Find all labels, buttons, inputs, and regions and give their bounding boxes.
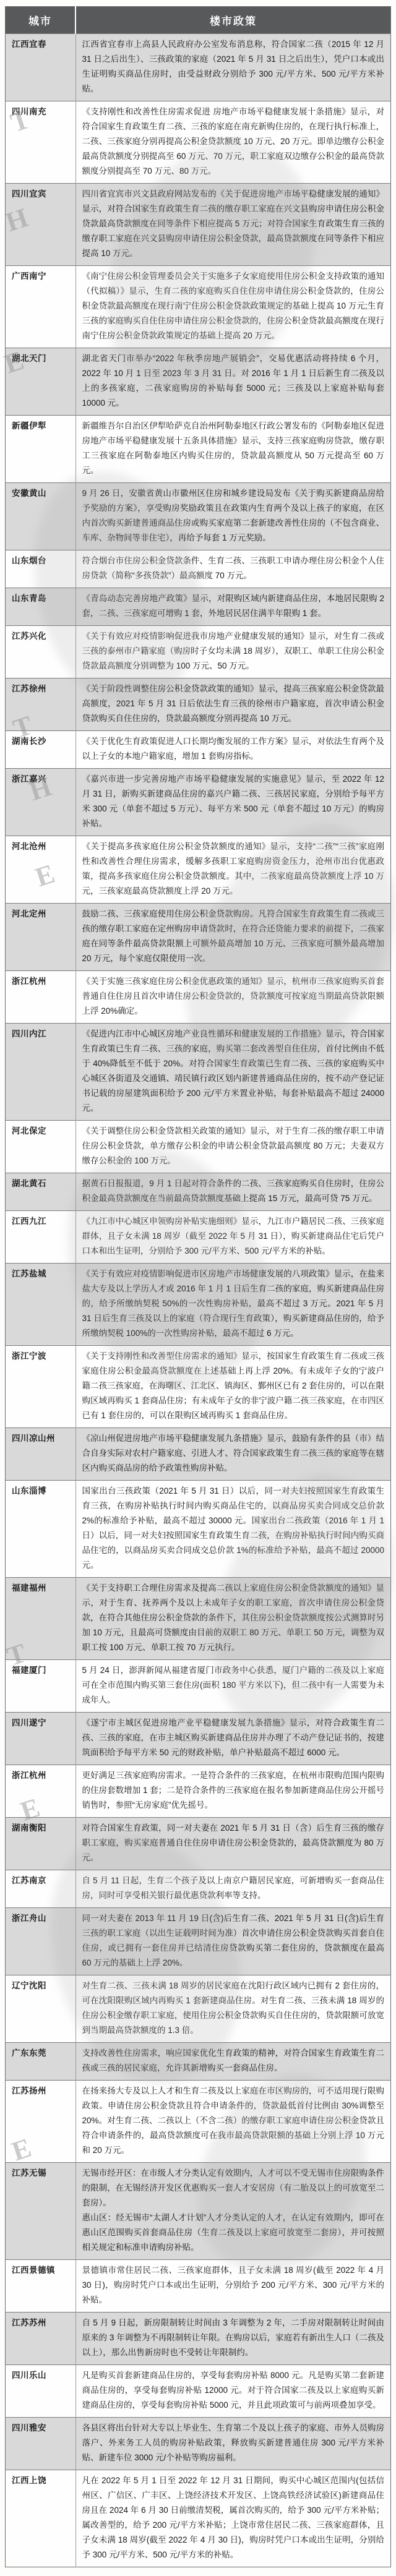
table-row: 新疆伊犁新疆维吾尔自治区伊犁哈萨克自治州阿勒泰地区行政公署发布的《阿勒泰地区促进… bbox=[6, 416, 391, 483]
city-cell: 广东东莞 bbox=[6, 2043, 76, 2081]
policy-cell: 自 5 月 11 日起，生育二个孩子及以上南京户籍居民家庭，可新增购买一套商品住… bbox=[75, 1870, 391, 1908]
policy-cell: 鼓励二孩、三孩家庭使用住房公积金贷款购房。凡符合国家生育政策生育二孩或三孩的缴存… bbox=[75, 904, 391, 971]
policy-cell: 无锡市经开区：在市级人才分类认定有效期内，人才可以不受无锡市住房限购条件的限制，… bbox=[75, 2163, 391, 2260]
city-cell: 山东烟台 bbox=[6, 550, 76, 588]
city-cell: 广西南宁 bbox=[6, 266, 76, 348]
table-row: 福建厦门5 月 24 日，澎湃新闻从福建省厦门市政务中心获悉，厦门户籍的二孩及以… bbox=[6, 1660, 391, 1713]
policy-cell: 《关于支持刚性和改善型住房需求的通知》显示，按国家生育政策生育二孩或三孩家庭住房… bbox=[75, 1346, 391, 1428]
city-cell: 江苏无锡 bbox=[6, 2163, 76, 2260]
policy-cell: 《九江市中心城区申领购房补贴实施细则》显示，九江市户籍居民二孩、三孩家庭群体，且… bbox=[75, 1211, 391, 1264]
table-row: 广西南宁《南宁住房公积金管理委员会关于实施多子女家庭使用住房公积金支持政策的通知… bbox=[6, 266, 391, 348]
table-header: 城市 楼市政策 bbox=[6, 7, 391, 34]
city-cell: 江苏扬州 bbox=[6, 2081, 76, 2163]
table-row: 安徽黄山9 月 26 日，安徽省黄山市徽州区住房和城乡建设局发布《关于购买新建商… bbox=[6, 483, 391, 550]
policy-cell: 同一对夫妻在 2013 年 11 月 19 日(含)后生育二孩、2021 年 5… bbox=[75, 1908, 391, 1975]
city-cell: 河北定州 bbox=[6, 904, 76, 971]
policy-cell: 5 月 24 日，澎湃新闻从福建省厦门市政务中心获悉，厦门户籍的二孩及以上家庭可… bbox=[75, 1660, 391, 1713]
city-cell: 江西上饶 bbox=[6, 2470, 76, 2567]
city-cell: 福建厦门 bbox=[6, 1660, 76, 1713]
table-row: 浙江宁波《关于支持刚性和改善型住房需求的通知》显示，按国家生育政策生育二孩或三孩… bbox=[6, 1346, 391, 1428]
table-row: 河北保定《关于调整住房公积金贷款相关政策的通知》显示，对于生育二孩的缴存职工申请… bbox=[6, 1121, 391, 1173]
city-cell: 安徽黄山 bbox=[6, 483, 76, 550]
policy-table: 城市 楼市政策 江西宜春江西省宜春市上高县人民政府办公室发布消息称，符合国家二孩… bbox=[5, 6, 391, 2567]
table-row: 江西九江《九江市中心城区申领购房补贴实施细则》显示，九江市户籍居民二孩、三孩家庭… bbox=[6, 1211, 391, 1264]
policy-table-body: 江西宜春江西省宜春市上高县人民政府办公室发布消息称，符合国家二孩（2015 年 … bbox=[6, 34, 391, 2567]
policy-cell: 湖北省天门市举办“2022 年秋季房地产展销会”，交易优惠活动将持续 6 个月，… bbox=[75, 348, 391, 416]
city-cell: 辽宁沈阳 bbox=[6, 1975, 76, 2043]
policy-cell: 符合烟台市住房公积金贷款条件、生育二孩、三孩职工申请办理住房公积金个人住房贷款（… bbox=[75, 550, 391, 588]
city-cell: 湖北天门 bbox=[6, 348, 76, 416]
table-row: 四川雅安各县区将出台针对大专以上毕业生、生育第二个及以上孩子的家庭、市外人员购房… bbox=[6, 2418, 391, 2470]
city-cell: 河北保定 bbox=[6, 1121, 76, 1173]
header-policy: 楼市政策 bbox=[75, 7, 391, 34]
table-row: 山东烟台符合烟台市住房公积金贷款条件、生育二孩、三孩职工申请办理住房公积金个人住… bbox=[6, 550, 391, 588]
city-cell: 湖南衡阳 bbox=[6, 1818, 76, 1870]
city-cell: 四川凉山州 bbox=[6, 1428, 76, 1481]
policy-cell: 《支持刚性和改善性住房需求促进 房地产市场平稳健康发展十条措施》显示，对符合国家… bbox=[75, 101, 391, 184]
table-row: 河北定州鼓励二孩、三孩家庭使用住房公积金贷款购房。凡符合国家生育政策生育二孩或三… bbox=[6, 904, 391, 971]
table-row: 江西上饶凡在 2022 年 5 月 1 日至 2022 年 12 月 31 日期… bbox=[6, 2470, 391, 2567]
table-row: 辽宁沈阳对生育二孩、三孩未满 18 周岁的居民家庭在沈阳行政区域内已拥有 2 套… bbox=[6, 1975, 391, 2043]
policy-cell: 《关于有效应对疫情影响促进市区房地产市场健康发展的八项政策》显示，在盐来盐大专及… bbox=[75, 1264, 391, 1346]
table-row: 四川乐山凡是购买首套新建商品住房的，享受每套购房补贴 8000 元。凡是购买第二… bbox=[6, 2365, 391, 2418]
policy-cell: 《促进内江市中心城区房地产业良性循环和健康发展的工作措施》显示，符合国家生育政策… bbox=[75, 1024, 391, 1121]
table-row: 江苏兴化《关于有效应对疫情影响促进我市房地产业健康发展的通知》显示，对生育二孩或… bbox=[6, 626, 391, 678]
table-row: 河北沧州《关于提高多孩家庭住房公积金贷款额度的通知》显示，支持“二孩”“三孩”家… bbox=[6, 836, 391, 904]
policy-cell: 对生育二孩、三孩未满 18 周岁的居民家庭在沈阳行政区域内已拥有 2 套住房的，… bbox=[75, 1975, 391, 2043]
table-row: 江西景德镇景德镇市常住居民二孩、三孩家庭群体，且子女未满 18 周岁(截至 20… bbox=[6, 2260, 391, 2313]
policy-cell: 《关于调整住房公积金贷款相关政策的通知》显示，对于生育二孩的缴存职工申请住房公积… bbox=[75, 1121, 391, 1173]
city-cell: 浙江嘉兴 bbox=[6, 769, 76, 836]
policy-cell: 国家出台三孩政策（2021 年 5 月 31 日）以后，同一对夫妇按照国家生育政… bbox=[75, 1481, 391, 1578]
city-cell: 福建福州 bbox=[6, 1578, 76, 1660]
table-row: 浙江嘉兴《嘉兴市进一步完善房地产市场平稳健康发展的实施意见》显示，至 2022 … bbox=[6, 769, 391, 836]
policy-cell: 新疆维吾尔自治区伊犁哈萨克自治州阿勒泰地区行政公署发布的《阿勒泰地区促进房地产市… bbox=[75, 416, 391, 483]
table-row: 浙江杭州《关于实施三孩家庭住房公积金优惠政策的通知》显示，杭州市三孩家庭购买首套… bbox=[6, 971, 391, 1024]
table-row: 江苏无锡无锡市经开区：在市级人才分类认定有效期内，人才可以不受无锡市住房限购条件… bbox=[6, 2163, 391, 2260]
policy-cell: 凡是购买首套新建商品住房的，享受每套购房补贴 8000 元。凡是购买第二套新建商… bbox=[75, 2365, 391, 2418]
header-city: 城市 bbox=[6, 7, 76, 34]
policy-cell: 《嘉兴市进一步完善房地产市场平稳健康发展的实施意见》显示，至 2022 年 12… bbox=[75, 769, 391, 836]
policy-cell: 9 月 26 日，安徽省黄山市徽州区住房和城乡建设局发布《关于购买新建商品房给予… bbox=[75, 483, 391, 550]
table-row: 江苏徐州《关于阶段性调整住房公积金贷款政策的通知》显示，提高三孩家庭公积金贷款最… bbox=[6, 678, 391, 731]
policy-cell: 《关于有效应对疫情影响促进我市房地产业健康发展的通知》显示，对生育二孩或三孩的泰… bbox=[75, 626, 391, 678]
city-cell: 新疆伊犁 bbox=[6, 416, 76, 483]
city-cell: 四川南充 bbox=[6, 101, 76, 184]
city-cell: 浙江宁波 bbox=[6, 1346, 76, 1428]
table-row: 四川宜宾四川省宜宾市兴文县政府网站发布的《关于促进房地产市场平稳健康发展的通知》… bbox=[6, 184, 391, 266]
policy-cell: 据黄石日报报道，9 月 1 日起对符合条件的二孩、三孩家庭购买自住房时，住房公积… bbox=[75, 1173, 391, 1211]
policy-cell: 江西省宜春市上高县人民政府办公室发布消息称，符合国家二孩（2015 年 12 月… bbox=[75, 34, 391, 101]
table-row: 福建福州《关于支持职工合理住房需求及提高二孩以上家庭住房公积金贷款额度的通知》显… bbox=[6, 1578, 391, 1660]
table-row: 江西宜春江西省宜春市上高县人民政府办公室发布消息称，符合国家二孩（2015 年 … bbox=[6, 34, 391, 101]
city-cell: 四川乐山 bbox=[6, 2365, 76, 2418]
table-row: 四川凉山州《凉山州促进房地产市场平稳健康发展九条措施》显示，鼓励有条件的县（市）… bbox=[6, 1428, 391, 1481]
city-cell: 江苏徐州 bbox=[6, 678, 76, 731]
city-cell: 四川宜宾 bbox=[6, 184, 76, 266]
table-row: 湖北黄石据黄石日报报道，9 月 1 日起对符合条件的二孩、三孩家庭购买自住房时，… bbox=[6, 1173, 391, 1211]
document-page: 城市 楼市政策 江西宜春江西省宜春市上高县人民政府办公室发布消息称，符合国家二孩… bbox=[0, 0, 396, 2576]
city-cell: 江苏兴化 bbox=[6, 626, 76, 678]
table-row: 四川南充《支持刚性和改善性住房需求促进 房地产市场平稳健康发展十条措施》显示，对… bbox=[6, 101, 391, 184]
city-cell: 湖南长沙 bbox=[6, 731, 76, 769]
table-row: 浙江杭州更好满足三孩家庭购房需求。一是符合条件的三孩家庭，在杭州市限购范围内限购… bbox=[6, 1765, 391, 1818]
policy-cell: 《遂宁市主城区促进房地产业平稳健康发展九条措施》显示，对符合政策生育二孩、三孩的… bbox=[75, 1713, 391, 1765]
city-cell: 江苏南京 bbox=[6, 1870, 76, 1908]
policy-cell: 景德镇市常住居民二孩、三孩家庭群体，且子女未满 18 周岁(截至 2022 年 … bbox=[75, 2260, 391, 2313]
policy-cell: 《关于支持职工合理住房需求及提高二孩以上家庭住房公积金贷款额度的通知》显示，对于… bbox=[75, 1578, 391, 1660]
policy-cell: 《南宁住房公积金管理委员会关于实施多子女家庭使用住房公积金支持政策的通知（代拟稿… bbox=[75, 266, 391, 348]
policy-cell: 四川省宜宾市兴文县政府网站发布的《关于促进房地产市场平稳健康发展的通知》显示，对… bbox=[75, 184, 391, 266]
policy-cell: 凡在 2022 年 5 月 1 日至 2022 年 12 月 31 日期间，购买… bbox=[75, 2470, 391, 2567]
table-row: 湖北天门湖北省天门市举办“2022 年秋季房地产展销会”，交易优惠活动将持续 6… bbox=[6, 348, 391, 416]
policy-cell: 《青岛动态完善房地产政策》显示，对限购区域内新建商品住房，本地居民限购 2 套，… bbox=[75, 588, 391, 626]
table-row: 湖南长沙《关于优化生育政策促进人口长期均衡发展的工作方案》显示，对依法生育两个及… bbox=[6, 731, 391, 769]
city-cell: 浙江杭州 bbox=[6, 971, 76, 1024]
city-cell: 江苏苏州 bbox=[6, 2313, 76, 2365]
city-cell: 江苏盐城 bbox=[6, 1264, 76, 1346]
city-cell: 江西九江 bbox=[6, 1211, 76, 1264]
table-row: 湖南衡阳对符合国家生育政策，同一对夫妻在 2021 年 5 月 31 日（含）后… bbox=[6, 1818, 391, 1870]
policy-cell: 自 5 月 9 日起，新房限制转让时间由 3 年调整为 2 年，二手房对限制转让… bbox=[75, 2313, 391, 2365]
table-row: 江苏盐城《关于有效应对疫情影响促进市区房地产市场健康发展的八项政策》显示，在盐来… bbox=[6, 1264, 391, 1346]
table-row: 四川遂宁《遂宁市主城区促进房地产业平稳健康发展九条措施》显示，对符合政策生育二孩… bbox=[6, 1713, 391, 1765]
policy-cell: 支持改善性住房需求，响应国家优化生育政策的精神，对符合国家生育政策生育二孩或三孩… bbox=[75, 2043, 391, 2081]
policy-cell: 在扬来扬大专及以上人才和生育二孩及以上家庭在市区购房的，可不适用现行限购政策。申… bbox=[75, 2081, 391, 2163]
city-cell: 浙江杭州 bbox=[6, 1765, 76, 1818]
table-row: 江苏苏州自 5 月 9 日起，新房限制转让时间由 3 年调整为 2 年，二手房对… bbox=[6, 2313, 391, 2365]
city-cell: 江西景德镇 bbox=[6, 2260, 76, 2313]
policy-cell: 《关于实施三孩家庭住房公积金优惠政策的通知》显示，杭州市三孩家庭购买首套普通自住… bbox=[75, 971, 391, 1024]
policy-cell: 《关于优化生育政策促进人口长期均衡发展的工作方案》显示，对依法生育两个及以上子女… bbox=[75, 731, 391, 769]
policy-cell: 《关于提高多孩家庭住房公积金贷款额度的通知》显示，支持“二孩”“三孩”家庭刚性和… bbox=[75, 836, 391, 904]
policy-cell: 《凉山州促进房地产市场平稳健康发展九条措施》显示，鼓励有条件的县（市）结合自身实… bbox=[75, 1428, 391, 1481]
city-cell: 四川遂宁 bbox=[6, 1713, 76, 1765]
city-cell: 山东淄博 bbox=[6, 1481, 76, 1578]
city-cell: 四川雅安 bbox=[6, 2418, 76, 2470]
table-row: 江苏南京自 5 月 11 日起，生育二个孩子及以上南京户籍居民家庭，可新增购买一… bbox=[6, 1870, 391, 1908]
policy-cell: 更好满足三孩家庭购房需求。一是符合条件的三孩家庭，在杭州市限购范围内限购的住房套… bbox=[75, 1765, 391, 1818]
city-cell: 河北沧州 bbox=[6, 836, 76, 904]
table-row: 广东东莞支持改善性住房需求，响应国家优化生育政策的精神，对符合国家生育政策生育二… bbox=[6, 2043, 391, 2081]
city-cell: 江西宜春 bbox=[6, 34, 76, 101]
table-row: 山东青岛《青岛动态完善房地产政策》显示，对限购区域内新建商品住房，本地居民限购 … bbox=[6, 588, 391, 626]
table-row: 四川内江《促进内江市中心城区房地产业良性循环和健康发展的工作措施》显示，符合国家… bbox=[6, 1024, 391, 1121]
city-cell: 山东青岛 bbox=[6, 588, 76, 626]
policy-cell: 《关于阶段性调整住房公积金贷款政策的通知》显示，提高三孩家庭公积金贷款最高额度，… bbox=[75, 678, 391, 731]
city-cell: 湖北黄石 bbox=[6, 1173, 76, 1211]
table-row: 江苏扬州在扬来扬大专及以上人才和生育二孩及以上家庭在市区购房的，可不适用现行限购… bbox=[6, 2081, 391, 2163]
policy-cell: 对符合国家生育政策，同一对夫妻在 2021 年 5 月 31 日（含）后生育三孩… bbox=[75, 1818, 391, 1870]
city-cell: 四川内江 bbox=[6, 1024, 76, 1121]
policy-cell: 各县区将出台针对大专以上毕业生、生育第二个及以上孩子的家庭、市外人员购房落户、外… bbox=[75, 2418, 391, 2470]
table-row: 山东淄博国家出台三孩政策（2021 年 5 月 31 日）以后，同一对夫妇按照国… bbox=[6, 1481, 391, 1578]
city-cell: 浙江舟山 bbox=[6, 1908, 76, 1975]
table-row: 浙江舟山同一对夫妻在 2013 年 11 月 19 日(含)后生育二孩、2021… bbox=[6, 1908, 391, 1975]
